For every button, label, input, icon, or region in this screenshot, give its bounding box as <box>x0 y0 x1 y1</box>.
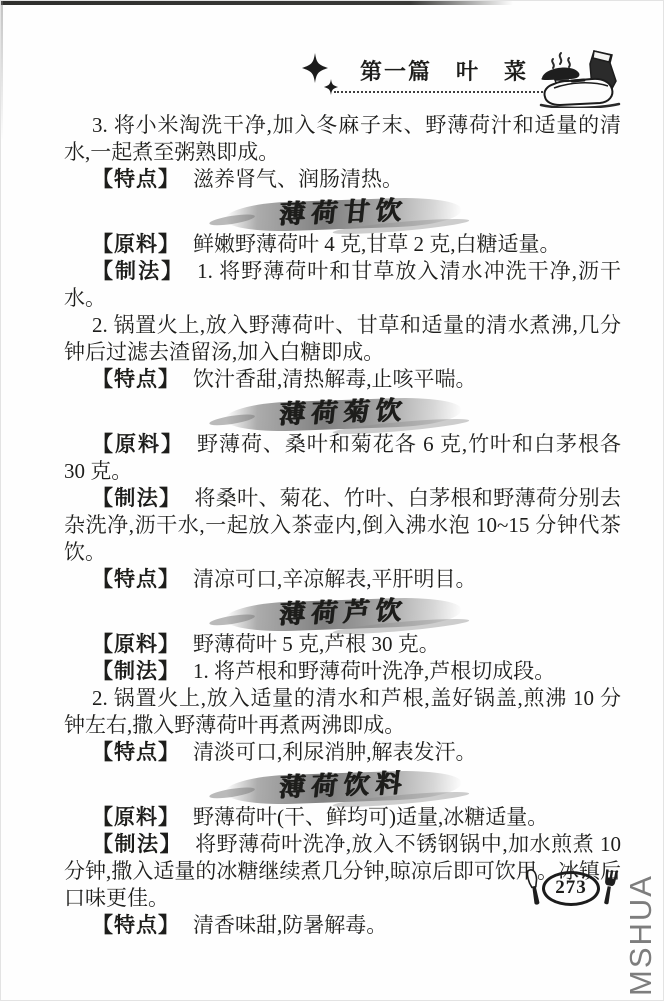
recipe-mint-chrysanthemum-drink: 薄荷菊饮 【原料】野薄荷、桑叶和菊花各 6 克,竹叶和白茅根各 30 克。 【制… <box>64 396 621 593</box>
chapter-title: 第一篇 叶 菜 <box>353 55 535 86</box>
ingredients-text: 野薄荷叶 5 克,芦根 30 克。 <box>193 632 440 656</box>
method-step-paragraph: 2. 锅置火上,放入适量的清水和芦根,盖好锅盖,煎沸 10 分钟左右,撒入野薄荷… <box>64 685 621 739</box>
recipe-mint-reed-drink: 薄荷芦饮 【原料】野薄荷叶 5 克,芦根 30 克。 【制法】1. 将芦根和野薄… <box>64 596 621 766</box>
method-label: 【制法】 <box>92 660 180 683</box>
method-label: 【制法】 <box>92 487 181 510</box>
feature-text: 滋养肾气、润肠清热。 <box>193 167 403 191</box>
method-label: 【制法】 <box>92 833 182 856</box>
watermark: MSHUA <box>620 872 662 998</box>
recipe-mint-licorice-drink: 薄荷甘饮 【原料】鲜嫩野薄荷叶 4 克,甘草 2 克,白糖适量。 【制法】1. … <box>64 196 621 393</box>
feature-label: 【特点】 <box>92 168 180 191</box>
ingredients-text: 鲜嫩野薄荷叶 4 克,甘草 2 克,白糖适量。 <box>193 232 561 256</box>
page-content: 3. 将小米淘洗干净,加入冬麻子末、野薄荷汁和适量的清水,一起煮至粥熟即成。 【… <box>1 107 663 939</box>
intro-step-paragraph: 3. 将小米淘洗干净,加入冬麻子末、野薄荷汁和适量的清水,一起煮至粥熟即成。 <box>64 112 621 166</box>
page-header: 第一篇 叶 菜 <box>1 1 663 107</box>
feature-label: 【特点】 <box>92 568 180 591</box>
method-step: 1. 将芦根和野薄荷叶洗净,芦根切成段。 <box>193 659 555 683</box>
feature-text: 清凉可口,辛凉解表,平肝明目。 <box>193 567 477 591</box>
method-label: 【制法】 <box>92 260 184 283</box>
ingredients-label: 【原料】 <box>92 806 180 829</box>
page-number: 273 <box>542 871 600 906</box>
feature-text: 饮汁香甜,清热解毒,止咳平喘。 <box>193 367 477 391</box>
recipe-title-banner: 薄荷甘饮 <box>221 196 465 230</box>
recipe-title-banner: 薄荷菊饮 <box>221 396 465 430</box>
fork-icon <box>598 867 621 909</box>
recipe-mint-beverage: 薄荷饮料 【原料】野薄荷叶(干、鲜均可)适量,冰糖适量。 【制法】将野薄荷叶洗净… <box>64 769 621 939</box>
ingredients-label: 【原料】 <box>92 233 180 256</box>
recipe-title-banner: 薄荷饮料 <box>221 769 465 803</box>
ingredients-label: 【原料】 <box>92 433 184 456</box>
intro-feature-paragraph: 【特点】滋养肾气、润肠清热。 <box>64 166 621 193</box>
feature-label: 【特点】 <box>92 914 180 937</box>
method-step-paragraph: 2. 锅置火上,放入野薄荷叶、甘草和适量的清水煮沸,几分钟后过滤去渣留汤,加入白… <box>64 312 621 366</box>
ingredients-text: 野薄荷叶(干、鲜均可)适量,冰糖适量。 <box>193 805 548 829</box>
knife-icon <box>524 867 545 909</box>
recipe-title-banner: 薄荷芦饮 <box>221 596 465 630</box>
ingredients-label: 【原料】 <box>92 633 180 656</box>
page-number-badge: 273 <box>527 868 617 908</box>
book-page: 第一篇 叶 菜 3. 将小米淘洗干净,加入冬麻子末、野薄荷汁和适量的清水,一起煮… <box>0 0 664 1001</box>
feature-label: 【特点】 <box>92 741 180 764</box>
watermark-text: MSHUA <box>623 874 659 996</box>
feature-text: 清香味甜,防暑解毒。 <box>193 913 387 937</box>
steaming-pot-icon <box>534 44 626 108</box>
feature-text: 清淡可口,利尿消肿,解表发汗。 <box>193 740 477 764</box>
feature-label: 【特点】 <box>92 368 180 391</box>
